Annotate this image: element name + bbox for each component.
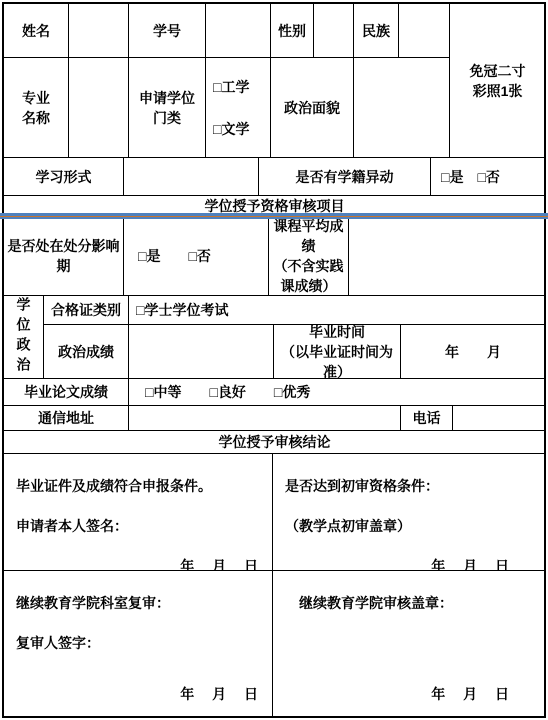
address-label: 通信地址: [3, 405, 129, 431]
degree-application-form: 姓名 学号 性别 民族 免冠二寸 彩照1张 专业 名称 申请学位 门类 □工学 …: [0, 0, 548, 720]
college-review-block[interactable]: 继续教育学院审核盖章： 年 月 日: [272, 570, 546, 717]
gender-label: 性别: [270, 3, 314, 58]
cert-type-checkbox[interactable]: □学士学位考试: [128, 295, 546, 325]
thesis-checkboxes[interactable]: □中等 □良好 □优秀: [128, 378, 546, 406]
thesis-label: 毕业论文成绩: [3, 378, 129, 406]
applicant-signature-block[interactable]: 毕业证件及成绩符合申报条件。 申请者本人签名： 年 月 日: [3, 453, 273, 571]
grad-time-label: 毕业时间 （以毕业证时间为准）: [273, 324, 401, 379]
blue-orange-divider: [0, 213, 548, 219]
political-score-input[interactable]: [128, 324, 274, 379]
political-status-label: 政治面貌: [270, 57, 354, 158]
student-id-input[interactable]: [205, 3, 271, 58]
initial-review-stamp-label: （教学点初审盖章）: [285, 516, 509, 536]
college-review-date: 年 月 日: [299, 684, 509, 704]
ethnicity-input[interactable]: [398, 3, 450, 58]
dept-review-signature-label: 复审人签字：: [16, 633, 258, 653]
name-label: 姓名: [3, 3, 69, 58]
degree-category-checkboxes[interactable]: □工学 □文学: [205, 57, 271, 158]
conclusion-section-title: 学位授予审核结论: [3, 430, 546, 454]
major-input[interactable]: [68, 57, 129, 158]
political-status-input[interactable]: [353, 57, 450, 158]
avg-score-label: 课程平均成绩 （不含实践 课成绩）: [268, 215, 349, 296]
dept-review-statement: 继续教育学院科室复审：: [16, 593, 258, 613]
ethnicity-label: 民族: [353, 3, 399, 58]
dept-review-date: 年 月 日: [16, 684, 258, 704]
photo-placeholder: 免冠二寸 彩照1张: [449, 3, 546, 158]
initial-review-date: 年 月 日: [285, 556, 509, 571]
study-form-input[interactable]: [123, 157, 259, 196]
study-form-label: 学习形式: [3, 157, 124, 196]
initial-review-statement: 是否达到初审资格条件：: [285, 476, 509, 496]
dept-review-block[interactable]: 继续教育学院科室复审： 复审人签字： 年 月 日: [3, 570, 273, 717]
phone-label: 电话: [400, 405, 453, 431]
gender-input[interactable]: [313, 3, 354, 58]
discipline-label: 是否处在处分影响期: [3, 215, 124, 296]
degree-category-label: 申请学位 门类: [128, 57, 206, 158]
phone-input[interactable]: [452, 405, 546, 431]
college-review-stamp-label: 继续教育学院审核盖章：: [299, 593, 509, 613]
degree-politics-vertical-label: 学位政治: [3, 295, 44, 379]
name-input[interactable]: [68, 3, 129, 58]
applicant-signature-label: 申请者本人签名：: [16, 516, 258, 536]
grad-time-value[interactable]: 年 月: [400, 324, 546, 379]
address-input[interactable]: [128, 405, 401, 431]
status-change-checkboxes[interactable]: □是 □否: [430, 157, 546, 196]
major-label: 专业 名称: [3, 57, 69, 158]
discipline-checkboxes[interactable]: □是 □否: [123, 215, 269, 296]
applicant-statement: 毕业证件及成绩符合申报条件。: [16, 476, 258, 496]
student-id-label: 学号: [128, 3, 206, 58]
status-change-label: 是否有学籍异动: [258, 157, 431, 196]
avg-score-input[interactable]: [348, 215, 546, 296]
initial-review-block[interactable]: 是否达到初审资格条件： （教学点初审盖章） 年 月 日: [272, 453, 546, 571]
cert-type-label: 合格证类别: [43, 295, 129, 325]
applicant-date: 年 月 日: [16, 556, 258, 571]
political-score-label: 政治成绩: [43, 324, 129, 379]
